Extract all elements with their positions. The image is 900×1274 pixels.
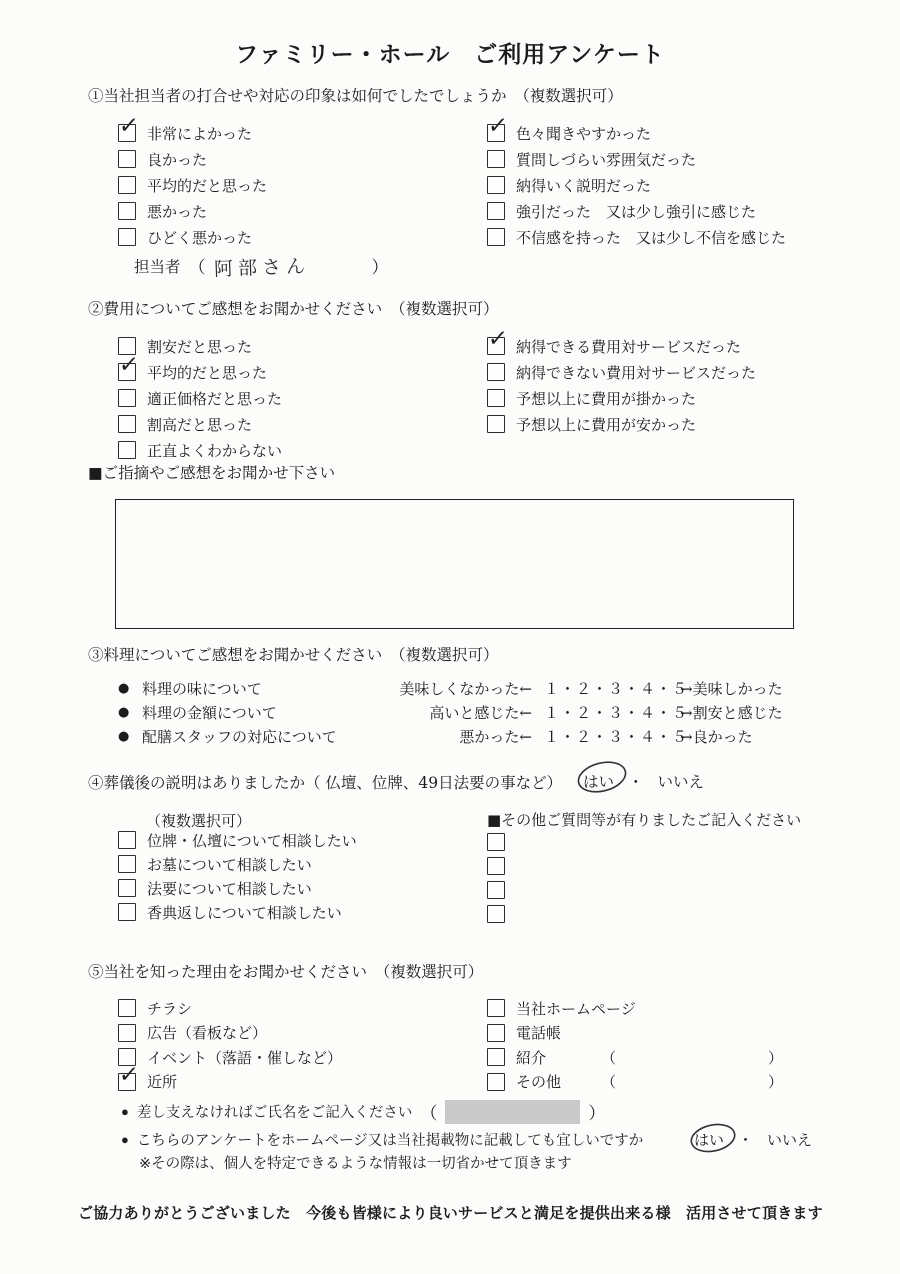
option-label: 適正価格だと思った — [147, 388, 282, 409]
checkbox-option: 平均的だと思った — [118, 172, 267, 198]
open-paren: （ — [189, 253, 206, 278]
option-label: 割高だと思った — [147, 414, 252, 435]
respondent-name-redacted — [445, 1100, 580, 1124]
checkbox[interactable] — [118, 389, 136, 407]
checkbox-option: 割安だと思った — [118, 333, 282, 359]
checkbox[interactable] — [118, 999, 136, 1017]
option-label: 予想以上に費用が掛かった — [516, 388, 696, 409]
checkbox-option: 適正価格だと思った — [118, 385, 282, 411]
option-label: 納得いく説明だった — [516, 175, 651, 196]
checkbox-option: 非常によかった — [118, 120, 267, 146]
publish-prompt: こちらのアンケートをホームページ又は当社掲載物に記載しても宜しいですか — [137, 1129, 643, 1150]
checkbox[interactable] — [487, 389, 505, 407]
checkbox-option: 香典返しについて相談したい — [118, 900, 357, 924]
option-label: お墓について相談したい — [147, 854, 312, 875]
checkbox[interactable] — [118, 176, 136, 194]
option-label: 不信感を持った 又は少し不信を感じた — [516, 227, 786, 248]
rating-row: ● 配膳スタッフの対応について 悪かった← １・２・３・４・５ →良かった — [118, 724, 783, 748]
q4-left-options: 位牌・仏壇について相談したい お墓について相談したい 法要について相談したい 香… — [118, 828, 357, 924]
option-label: 近所 — [147, 1071, 177, 1092]
name-entry-row: ● 差し支えなければご氏名をご記入ください （ ） — [121, 1099, 605, 1124]
rating-topic-label: 料理の味について — [142, 678, 390, 699]
checkbox-option: 平均的だと思った — [118, 359, 282, 385]
checkbox[interactable] — [118, 150, 136, 168]
option-label: 平均的だと思った — [147, 362, 267, 383]
page-title: ファミリー・ホール ご利用アンケート — [0, 36, 900, 69]
option-label: チラシ — [147, 998, 192, 1019]
rating-high-anchor: →割安と感じた — [680, 702, 783, 723]
name-prompt: 差し支えなければご氏名をご記入ください — [137, 1101, 413, 1122]
rating-low-anchor: 悪かった← — [390, 726, 532, 747]
checkbox-option: 納得できない費用対サービスだった — [487, 359, 756, 385]
checkbox[interactable] — [118, 441, 136, 459]
checkbox-option: その他 （ ） — [487, 1070, 799, 1095]
rating-high-anchor: →美味しかった — [680, 678, 783, 699]
option-label: 強引だった 又は少し強引に感じた — [516, 201, 756, 222]
q4-yesno-group: はい ・ いいえ — [583, 770, 704, 792]
q2-left-options: 割安だと思った 平均的だと思った 適正価格だと思った 割高だと思った 正直よくわ… — [118, 333, 282, 463]
checkbox-option: ひどく悪かった — [118, 224, 267, 250]
bullet-icon: ● — [118, 681, 142, 696]
q4-no-option[interactable]: いいえ — [658, 770, 705, 792]
option-label: 香典返しについて相談したい — [147, 902, 342, 923]
checkbox[interactable] — [487, 857, 505, 875]
checkbox-option: 強引だった 又は少し強引に感じた — [487, 198, 786, 224]
checkbox[interactable] — [118, 363, 136, 381]
rating-row: ● 料理の味について 美味しくなかった← １・２・３・４・５ →美味しかった — [118, 676, 783, 700]
q2-heading: ②費用についてご感想をお聞かせください （複数選択可） — [88, 297, 498, 319]
checkbox[interactable] — [118, 831, 136, 849]
checkbox[interactable] — [487, 124, 505, 142]
option-label: その他 — [516, 1071, 590, 1092]
q1-left-options: 非常によかった 良かった 平均的だと思った 悪かった ひどく悪かった — [118, 120, 267, 250]
open-paren: （ — [601, 1047, 616, 1068]
checkbox-option: 当社ホームページ — [487, 996, 799, 1021]
rating-high-anchor: →良かった — [680, 726, 753, 747]
checkbox[interactable] — [487, 1024, 505, 1042]
checkbox[interactable] — [487, 337, 505, 355]
checkbox[interactable] — [118, 903, 136, 921]
q1-right-options: 色々聞きやすかった 質問しづらい雰囲気だった 納得いく説明だった 強引だった 又… — [487, 120, 786, 250]
checkbox-option: 質問しづらい雰囲気だった — [487, 146, 786, 172]
open-paren: （ — [601, 1071, 616, 1092]
checkbox-option: 色々聞きやすかった — [487, 120, 786, 146]
option-label: 割安だと思った — [147, 336, 252, 357]
rating-scale-1-5[interactable]: １・２・３・４・５ — [544, 726, 672, 747]
rating-low-anchor: 高いと感じた← — [390, 702, 532, 723]
option-label: 非常によかった — [147, 123, 252, 144]
empty-checkbox-row — [487, 854, 505, 878]
bullet-icon: ● — [118, 729, 142, 744]
checkbox[interactable] — [118, 1024, 136, 1042]
checkbox[interactable] — [118, 415, 136, 433]
checkbox-option: イベント（落語・催しなど） — [118, 1045, 342, 1070]
option-label: 法要について相談したい — [147, 878, 312, 899]
bullet-icon: ● — [121, 1104, 129, 1119]
checkbox[interactable] — [118, 228, 136, 246]
checkbox[interactable] — [487, 1048, 505, 1066]
q5-heading: ⑤当社を知った理由をお聞かせください （複数選択可） — [88, 960, 483, 982]
checkbox[interactable] — [487, 363, 505, 381]
option-label: 広告（看板など） — [147, 1022, 267, 1043]
empty-checkbox-row — [487, 830, 505, 854]
empty-checkbox-row — [487, 878, 505, 902]
checkbox[interactable] — [487, 228, 505, 246]
option-label: 電話帳 — [516, 1022, 590, 1043]
comments-input-box[interactable] — [115, 499, 794, 629]
checkbox[interactable] — [487, 1073, 505, 1091]
option-label: 色々聞きやすかった — [516, 123, 651, 144]
checkbox-option: 納得できる費用対サービスだった — [487, 333, 756, 359]
option-label: 良かった — [147, 149, 207, 170]
checkbox-option: 予想以上に費用が安かった — [487, 411, 756, 437]
rating-low-anchor: 美味しくなかった← — [390, 678, 532, 699]
option-label: 正直よくわからない — [147, 440, 282, 461]
survey-form-page: ファミリー・ホール ご利用アンケート ①当社担当者の打合せや対応の印象は如何でし… — [0, 0, 900, 1274]
checkbox[interactable] — [118, 855, 136, 873]
checkbox-option: 紹介 （ ） — [487, 1045, 799, 1070]
q1-heading: ①当社担当者の打合せや対応の印象は如何でしたでしょうか （複数選択可） — [88, 84, 623, 106]
option-label: ひどく悪かった — [147, 227, 252, 248]
checkbox[interactable] — [487, 415, 505, 433]
close-paren: ） — [768, 1071, 783, 1092]
option-label: 当社ホームページ — [516, 998, 636, 1019]
checkbox-option: 悪かった — [118, 198, 267, 224]
q3-heading: ③料理についてご感想をお聞かせください （複数選択可） — [88, 643, 498, 665]
checkbox-option: 良かった — [118, 146, 267, 172]
checkbox[interactable] — [487, 150, 505, 168]
q4-other-answer-boxes — [487, 830, 505, 926]
empty-checkbox-row — [487, 902, 505, 926]
publish-yesno-group: はい ・ いいえ — [694, 1129, 812, 1150]
option-label: 位牌・仏壇について相談したい — [147, 830, 357, 851]
q5-right-options: 当社ホームページ 電話帳 紹介 （ ） — [487, 996, 799, 1094]
checkbox[interactable] — [487, 176, 505, 194]
rating-scale-1-5[interactable]: １・２・３・４・５ — [544, 702, 672, 723]
rating-topic-label: 配膳スタッフの対応について — [142, 726, 390, 747]
bullet-icon: ● — [121, 1132, 129, 1147]
publish-no-option[interactable]: いいえ — [767, 1129, 812, 1150]
checkbox[interactable] — [118, 1073, 136, 1091]
checkbox-option: 広告（看板など） — [118, 1021, 342, 1046]
q4-other-questions-heading: ■その他ご質問等が有りましたご記入ください — [487, 809, 801, 830]
checkbox[interactable] — [118, 202, 136, 220]
rating-scale-1-5[interactable]: １・２・３・４・５ — [544, 678, 672, 699]
open-paren: （ — [420, 1099, 437, 1124]
checkbox-option: 位牌・仏壇について相談したい — [118, 828, 357, 852]
option-label: イベント（落語・催しなど） — [147, 1047, 342, 1068]
checkbox[interactable] — [118, 879, 136, 897]
checkbox[interactable] — [118, 124, 136, 142]
option-label: 平均的だと思った — [147, 175, 267, 196]
checkbox-option: 不信感を持った 又は少し不信を感じた — [487, 224, 786, 250]
close-paren: ） — [768, 1047, 783, 1068]
checkbox-option: チラシ — [118, 996, 342, 1021]
checkbox-option: 電話帳 — [487, 1021, 799, 1046]
staff-label: 担当者 — [134, 255, 181, 277]
staff-name-handwritten[interactable]: 阿部さん — [213, 249, 364, 281]
checkbox[interactable] — [487, 905, 505, 923]
staff-name-line: 担当者 （ 阿部さん ） — [134, 252, 389, 279]
publish-yesno-separator: ・ — [738, 1129, 753, 1150]
q4-heading: ④葬儀後の説明はありましたか（ 仏壇、位牌、49日法要の事など） — [88, 771, 562, 793]
q3-rating-rows: ● 料理の味について 美味しくなかった← １・２・３・４・５ →美味しかった ●… — [118, 676, 783, 748]
bullet-icon: ● — [118, 705, 142, 720]
rating-row: ● 料理の金額について 高いと感じた← １・２・３・４・５ →割安と感じた — [118, 700, 783, 724]
checkbox-option: 近所 — [118, 1070, 342, 1095]
option-label: 質問しづらい雰囲気だった — [516, 149, 696, 170]
checkbox[interactable] — [487, 881, 505, 899]
rating-topic-label: 料理の金額について — [142, 702, 390, 723]
publish-yes-option[interactable]: はい — [694, 1129, 724, 1150]
q4-yesno-separator: ・ — [628, 770, 644, 792]
checkbox[interactable] — [487, 202, 505, 220]
checkbox-option: 予想以上に費用が掛かった — [487, 385, 756, 411]
checkbox-option: お墓について相談したい — [118, 852, 357, 876]
privacy-note: ※その際は、個人を特定できるような情報は一切省かせて頂きます — [139, 1152, 572, 1173]
comments-heading: ■ご指摘やご感想をお聞かせ下さい — [88, 461, 335, 483]
close-paren: ） — [588, 1099, 605, 1124]
checkbox-option: 正直よくわからない — [118, 437, 282, 463]
checkbox-option: 納得いく説明だった — [487, 172, 786, 198]
checkbox[interactable] — [487, 833, 505, 851]
thank-you-footer: ご協力ありがとうございました 今後も皆様により良いサービスと満足を提供出来る様 … — [78, 1202, 823, 1223]
option-label: 納得できる費用対サービスだった — [516, 336, 741, 357]
publish-consent-row: ● こちらのアンケートをホームページ又は当社掲載物に記載しても宜しいですか — [121, 1129, 643, 1150]
option-label: 予想以上に費用が安かった — [516, 414, 696, 435]
option-label: 納得できない費用対サービスだった — [516, 362, 756, 383]
q4-yes-option[interactable]: はい — [583, 770, 614, 792]
option-label: 紹介 — [516, 1047, 590, 1068]
checkbox-option: 法要について相談したい — [118, 876, 357, 900]
option-label: 悪かった — [147, 201, 207, 222]
q2-right-options: 納得できる費用対サービスだった 納得できない費用対サービスだった 予想以上に費用… — [487, 333, 756, 437]
close-paren: ） — [372, 253, 389, 278]
checkbox[interactable] — [487, 999, 505, 1017]
q5-left-options: チラシ 広告（看板など） イベント（落語・催しなど） 近所 — [118, 996, 342, 1094]
checkbox-option: 割高だと思った — [118, 411, 282, 437]
